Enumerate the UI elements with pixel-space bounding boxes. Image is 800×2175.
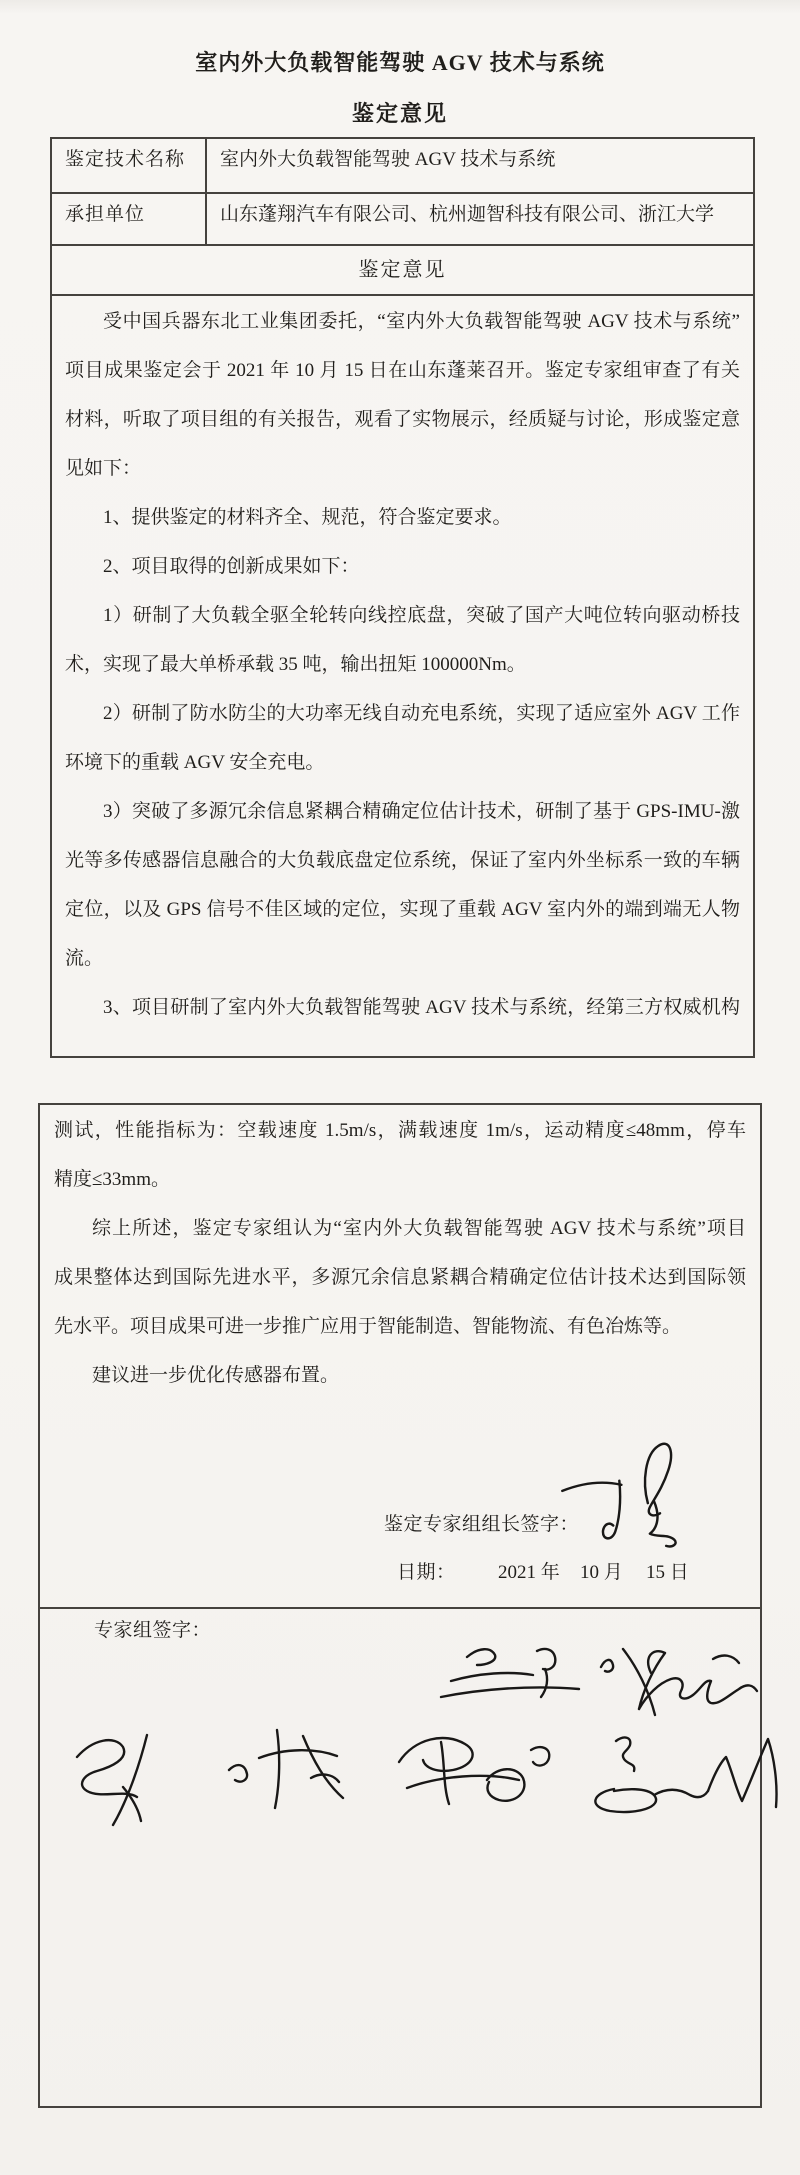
opinion-line: 项目成果鉴定会于 2021 年 10 月 15 日在山东蓬莱召开。鉴定专家组审查… <box>65 346 740 395</box>
opinion-line: 材料，听取了项目组的有关报告，观看了实物展示，经质疑与讨论，形成鉴定意 <box>65 395 740 444</box>
opinion-text-page2: 测试，性能指标为：空载速度 1.5m/s，满载速度 1m/s，运动精度≤48mm… <box>40 1105 760 1400</box>
leader-signature <box>560 1440 698 1552</box>
section-divider <box>38 1607 762 1609</box>
expert-signature-2 <box>593 1639 761 1727</box>
opinion-line: 测试，性能指标为：空载速度 1.5m/s，满载速度 1m/s，运动精度≤48mm… <box>54 1106 746 1155</box>
opinion-line: 先水平。项目成果可进一步推广应用于智能制造、智能物流、有色冶炼等。 <box>54 1302 746 1351</box>
opinion-line: 建议进一步优化传感器布置。 <box>54 1351 746 1400</box>
undertaker-value: 山东蓬翔汽车有限公司、杭州迦智科技有限公司、浙江大学 <box>207 194 753 244</box>
opinion-line: 精度≤33mm。 <box>54 1155 746 1204</box>
opinion-line: 光等多传感器信息融合的大负载底盘定位系统，保证了室内外坐标系一致的车辆 <box>65 836 740 885</box>
opinion-line: 定位，以及 GPS 信号不佳区域的定位，实现了重载 AGV 室内外的端到端无人物 <box>65 885 740 934</box>
leader-sign-label: 鉴定专家组组长签字： <box>384 1509 579 1536</box>
appraisal-table-page2: 测试，性能指标为：空载速度 1.5m/s，满载速度 1m/s，运动精度≤48mm… <box>38 1103 762 2108</box>
table-row: 鉴定技术名称 室内外大负载智能驾驶 AGV 技术与系统 <box>52 139 753 194</box>
expert-signature-4 <box>219 1722 361 1814</box>
tech-name-value: 室内外大负载智能驾驶 AGV 技术与系统 <box>207 139 753 192</box>
opinion-text-page1: 受中国兵器东北工业集团委托，“室内外大负载智能驾驶 AGV 技术与系统” 项目成… <box>52 296 753 1032</box>
expert-signature-6 <box>578 1727 792 1815</box>
opinion-line: 环境下的重载 AGV 安全充电。 <box>65 738 740 787</box>
opinion-line: 2）研制了防水防尘的大功率无线自动充电系统，实现了适应室外 AGV 工作 <box>65 689 740 738</box>
experts-sign-label: 专家组签字： <box>94 1615 211 1642</box>
scanned-appraisal-document: 室内外大负载智能驾驶 AGV 技术与系统 鉴定意见 鉴定技术名称 室内外大负载智… <box>0 0 800 2175</box>
opinion-line: 1）研制了大负载全驱全轮转向线控底盘，突破了国产大吨位转向驱动桥技 <box>65 591 740 640</box>
opinion-line: 受中国兵器东北工业集团委托，“室内外大负载智能驾驶 AGV 技术与系统” <box>65 297 740 346</box>
document-title: 室内外大负载智能驾驶 AGV 技术与系统 <box>0 46 800 77</box>
date-year: 2021 年 <box>498 1557 560 1584</box>
expert-signature-5 <box>389 1722 571 1810</box>
date-day: 15 日 <box>646 1557 689 1584</box>
opinion-line: 见如下： <box>65 444 740 493</box>
expert-signature-1 <box>437 1641 583 1707</box>
document-subtitle: 鉴定意见 <box>0 97 800 128</box>
opinion-line: 1、提供鉴定的材料齐全、规范，符合鉴定要求。 <box>65 493 740 542</box>
undertaker-label: 承担单位 <box>52 194 207 244</box>
opinion-section-header: 鉴定意见 <box>52 246 753 296</box>
appraisal-table-page1: 鉴定技术名称 室内外大负载智能驾驶 AGV 技术与系统 承担单位 山东蓬翔汽车有… <box>50 137 755 1058</box>
date-label: 日期： <box>397 1557 456 1584</box>
opinion-line: 3）突破了多源冗余信息紧耦合精确定位估计技术，研制了基于 GPS-IMU-激 <box>65 787 740 836</box>
opinion-line: 术，实现了最大单桥承载 35 吨，输出扭矩 100000Nm。 <box>65 640 740 689</box>
opinion-line: 成果整体达到国际先进水平，多源冗余信息紧耦合精确定位估计技术达到国际领 <box>54 1253 746 1302</box>
opinion-line: 流。 <box>65 934 740 983</box>
opinion-line: 2、项目取得的创新成果如下： <box>65 542 740 591</box>
date-month: 10 月 <box>580 1557 623 1584</box>
opinion-line: 综上所述，鉴定专家组认为“室内外大负载智能驾驶 AGV 技术与系统”项目 <box>54 1204 746 1253</box>
table-row: 承担单位 山东蓬翔汽车有限公司、杭州迦智科技有限公司、浙江大学 <box>52 194 753 246</box>
expert-signature-3 <box>63 1727 179 1829</box>
tech-name-label: 鉴定技术名称 <box>52 139 207 192</box>
opinion-line: 3、项目研制了室内外大负载智能驾驶 AGV 技术与系统，经第三方权威机构 <box>65 983 740 1032</box>
